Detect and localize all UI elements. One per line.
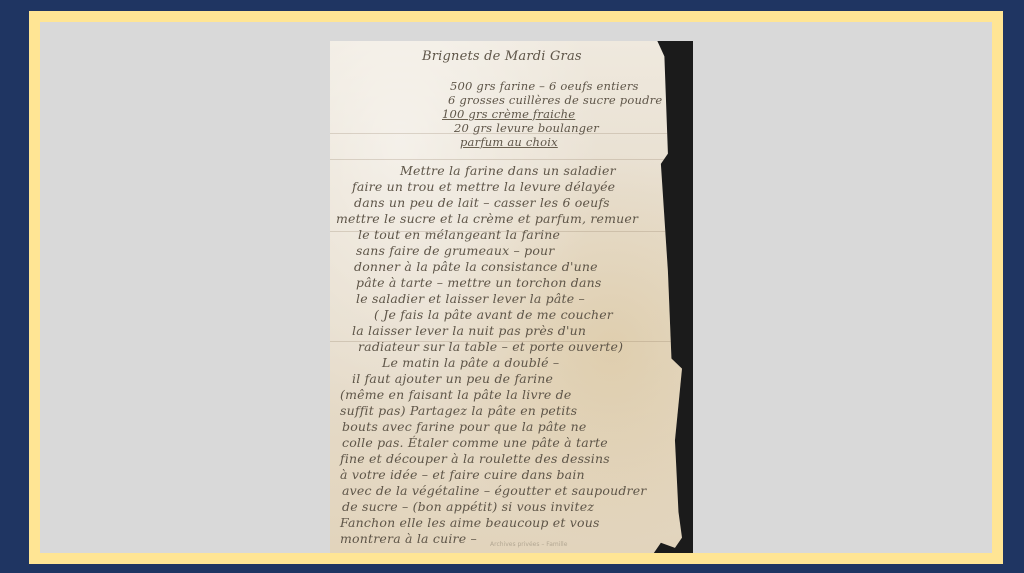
instruction-line: faire un trou et mettre la levure délayé…: [352, 179, 615, 194]
instruction-line: (même en faisant la pâte la livre de: [340, 387, 571, 402]
handwritten-recipe-page: Brignets de Mardi Gras 500 grs farine – …: [330, 41, 682, 553]
instruction-line: le saladier et laisser lever la pâte –: [356, 291, 585, 306]
instruction-line: bouts avec farine pour que la pâte ne: [342, 419, 586, 434]
ingredient-line: 500 grs farine – 6 oeufs entiers: [450, 79, 639, 93]
instruction-line: à votre idée – et faire cuire dans bain: [340, 467, 585, 482]
instruction-line: donner à la pâte la consistance d'une: [354, 259, 598, 274]
document-photo: Brignets de Mardi Gras 500 grs farine – …: [330, 41, 693, 553]
instruction-line: dans un peu de lait – casser les 6 oeufs: [354, 195, 610, 210]
recipe-title: Brignets de Mardi Gras: [422, 49, 582, 64]
instruction-line: avec de la végétaline – égoutter et saup…: [342, 483, 646, 498]
instruction-line: Le matin la pâte a doublé –: [382, 355, 559, 370]
instruction-line: Fanchon elle les aime beaucoup et vous: [340, 515, 600, 530]
viewer-frame: Brignets de Mardi Gras 500 grs farine – …: [29, 11, 1003, 564]
instruction-line: il faut ajouter un peu de farine: [352, 371, 553, 386]
instruction-line: ( Je fais la pâte avant de me coucher: [374, 307, 613, 322]
instruction-line: montrera à la cuire –: [340, 531, 477, 546]
instruction-line: colle pas. Étaler comme une pâte à tarte: [342, 435, 608, 450]
instruction-line: mettre le sucre et la crème et parfum, r…: [336, 211, 638, 226]
instruction-line: fine et découper à la roulette des dessi…: [340, 451, 610, 466]
instruction-line: suffit pas) Partagez la pâte en petits: [340, 403, 577, 418]
archive-stamp: Archives privées – Famille: [490, 541, 567, 548]
ingredient-line: 100 grs crème fraiche: [442, 107, 575, 121]
instruction-line: la laisser lever la nuit pas près d'un: [352, 323, 586, 338]
instruction-line: de sucre – (bon appétit) si vous invitez: [342, 499, 594, 514]
ingredient-line: parfum au choix: [460, 135, 558, 149]
instruction-line: radiateur sur la table – et porte ouvert…: [358, 339, 623, 354]
instruction-line: Mettre la farine dans un saladier: [400, 163, 616, 178]
ingredient-line: 6 grosses cuillères de sucre poudre: [448, 93, 662, 107]
instruction-line: sans faire de grumeaux – pour: [356, 243, 554, 258]
instruction-line: pâte à tarte – mettre un torchon dans: [356, 275, 602, 290]
paper-crease: [330, 159, 682, 160]
viewer-mat: Brignets de Mardi Gras 500 grs farine – …: [40, 22, 992, 553]
ingredient-line: 20 grs levure boulanger: [454, 121, 599, 135]
instruction-line: le tout en mélangeant la farine: [358, 227, 560, 242]
